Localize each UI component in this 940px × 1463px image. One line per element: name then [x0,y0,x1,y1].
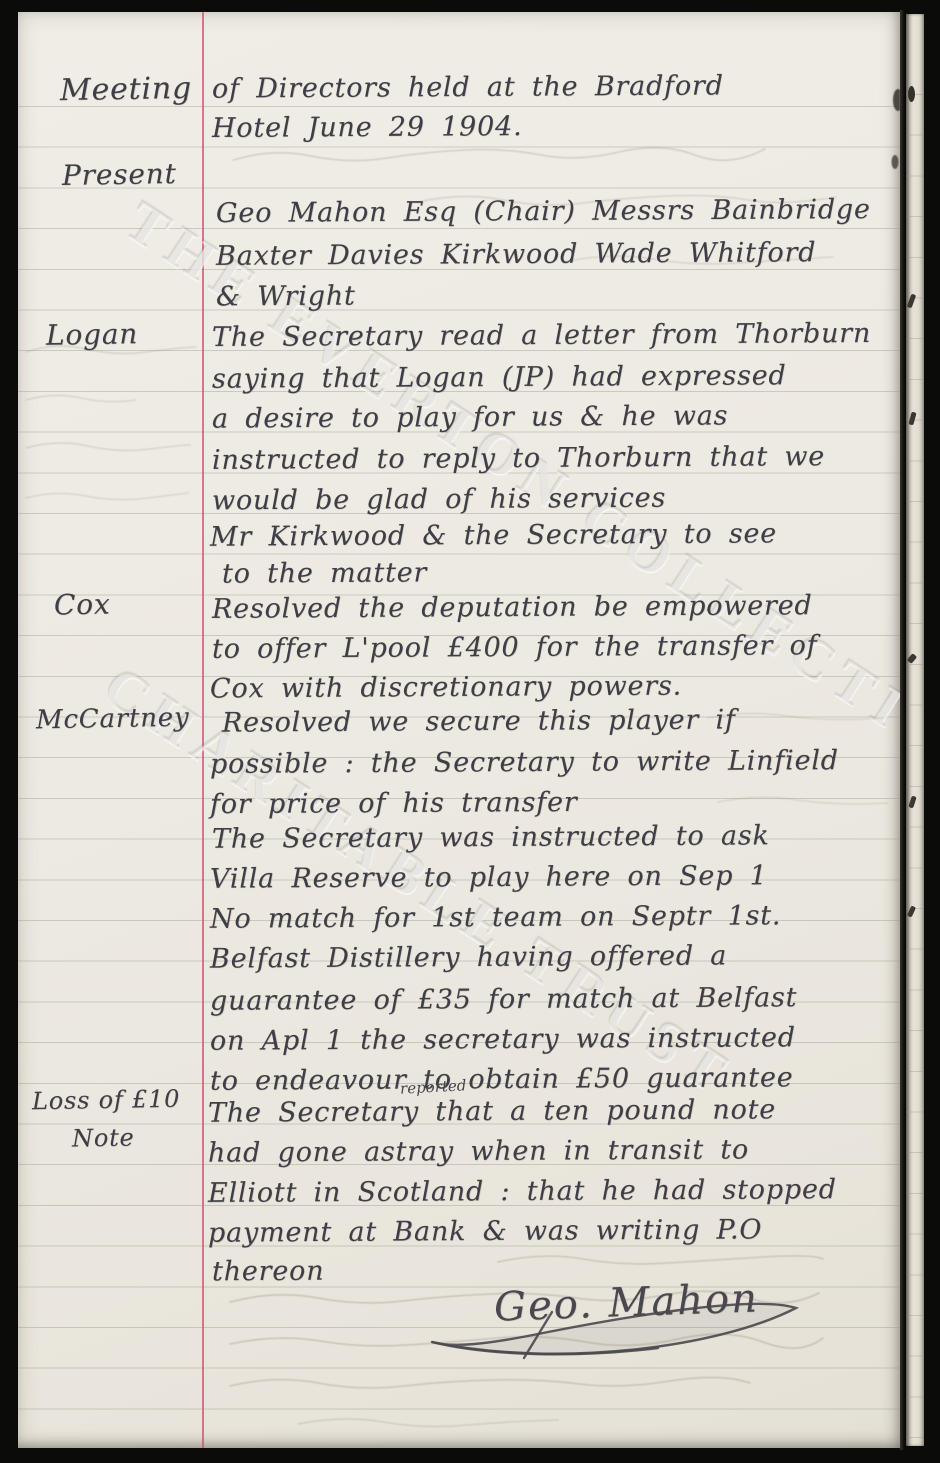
minute-line: to endeavour to obtain £50 guarantee [210,1062,794,1097]
margin-note-cox: Cox [54,588,111,622]
minute-line: Baxter Davies Kirkwood Wade Whitford [216,237,816,272]
minute-line: The Secretary that a ten pound note [208,1094,776,1128]
ink-spot [908,86,915,102]
minute-line: & Wright [216,281,356,313]
minute-line: The Secretary read a letter from Thorbur… [212,318,871,353]
minute-line: thereon [212,1256,325,1288]
minute-line: of Directors held at the Bradford [212,70,724,104]
minute-line: Mr Kirkwood & the Secretary to see [210,518,777,552]
minute-line: for price of his transfer [210,787,578,820]
minute-line: Resolved we secure this player if [222,704,736,738]
minute-book-page: THE EVERTON COLLECTION CHARITABLE TRUST [18,12,900,1448]
minute-line: Elliott in Scotland : that he had stoppe… [208,1174,837,1209]
scanned-page-photo: THE EVERTON COLLECTION CHARITABLE TRUST [0,0,940,1463]
minute-line: saying that Logan (JP) had expressed [212,360,787,395]
margin-note-present: Present [62,157,177,192]
margin-note-logan: Logan [46,317,139,352]
minute-line: to offer L'pool £400 for the transfer of [212,630,818,665]
facing-page-edge [906,14,924,1446]
minute-line: The Secretary was instructed to ask [212,820,770,854]
minute-line: Geo Mahon Esq (Chair) Messrs Bainbridge [216,194,871,229]
minute-line: instructed to reply to Thorburn that we [212,441,825,476]
minute-line: a desire to play for us & he was [212,400,728,434]
margin-note-meeting: Meeting [60,71,193,108]
minute-line: Hotel June 29 1904. [212,111,523,144]
minute-line: payment at Bank & was writing P.O [208,1214,762,1248]
margin-rule-line [202,12,204,1448]
minute-line: Cox with discretionary powers. [210,671,682,705]
minute-line: No match for 1st team on Septr 1st. [210,900,781,934]
minute-line: Resolved the deputation be empowered [212,590,813,625]
minute-line: had gone astray when in transit to [208,1134,749,1168]
margin-note-mccartney: McCartney [36,703,190,736]
minute-line: to the matter [222,557,427,589]
margin-note-loss-line2: Note [72,1123,135,1152]
minute-line: Belfast Distillery having offered a [210,940,727,974]
minute-line: on Apl 1 the secretary was instructed [210,1022,796,1057]
chairman-signature: Geo. Mahon [493,1275,759,1330]
minute-line: guarantee of £35 for match at Belfast [210,982,797,1017]
minute-line: Villa Reserve to play here on Sep 1 [210,860,768,894]
margin-note-loss-line1: Loss of £10 [32,1085,181,1116]
minute-line: possible : the Secretary to write Linfie… [210,745,839,780]
minute-line: would be glad of his services [212,483,666,517]
inserted-word-reported: reported [400,1076,467,1097]
